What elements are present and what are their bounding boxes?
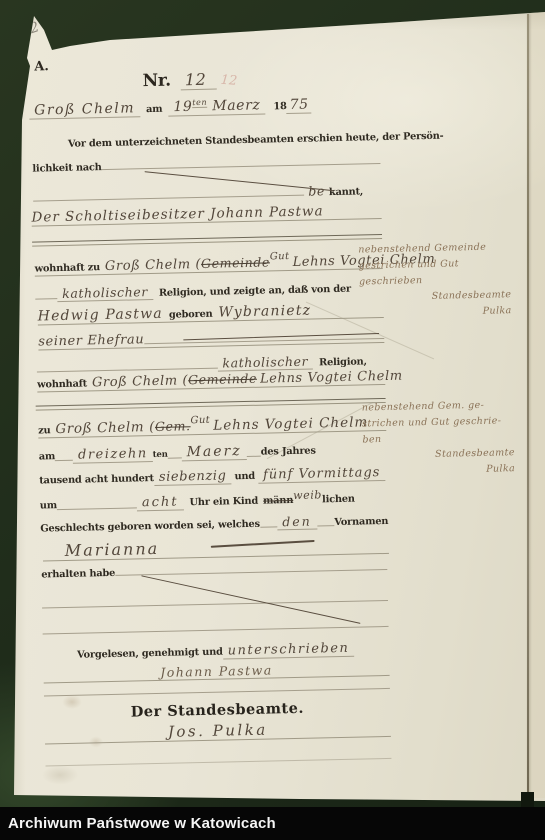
- blank-underline: [144, 338, 384, 344]
- erhalten-line: erhalten habe: [41, 562, 387, 581]
- am-label: am: [146, 103, 163, 114]
- child-name-line: Marianna: [43, 534, 389, 562]
- blank-underline: [115, 569, 387, 576]
- intro-line-2: lichkeit nach: [32, 156, 380, 175]
- child-name: Marianna: [65, 539, 160, 560]
- birth-year-line: tausend acht hundert siebenzig und fünf …: [39, 465, 383, 489]
- birth-hour-line: um acht Uhr ein Kind männ weib lichen: [40, 490, 386, 514]
- blank-line: [42, 600, 388, 609]
- blank-line: [45, 758, 391, 767]
- known-printed: kannt,: [329, 186, 363, 198]
- birth-place-line: zu Groß Chelm ( Gem. Gut Lehns Vogtei Ch…: [38, 414, 386, 439]
- archive-caption: Archiwum Państwowe w Katowicach: [8, 815, 276, 832]
- registrar-signature: Jos. Pulka: [168, 721, 268, 741]
- intro-line-1: Vor dem unterzeichneten Standesbeamten e…: [68, 131, 444, 150]
- blank-underline: [168, 457, 182, 458]
- section-rule: [36, 398, 386, 411]
- ink-stroke: [141, 575, 360, 624]
- blank-underline: [102, 163, 381, 170]
- known-line: be kannt,: [33, 182, 363, 204]
- blank-underline: [33, 195, 304, 202]
- register-page: 12 A. Nr. 12 12 Groß Chelm am 19ten Maer…: [0, 0, 545, 840]
- closing-line: Vorgelesen, genehmigt und unterschrieben: [77, 640, 377, 663]
- ink-offset-ghost-number: 12: [220, 73, 238, 89]
- blank-line: [44, 688, 390, 697]
- dateline-day: 19ten Maerz: [168, 97, 265, 117]
- archive-photo: 12 A. Nr. 12 12 Groß Chelm am 19ten Maer…: [0, 0, 545, 840]
- dateline: Groß Chelm am 19ten Maerz 18 75: [29, 95, 341, 119]
- mother-line: Hedwig Pastwa geboren Wybranietz: [38, 301, 384, 326]
- blank-underline: [260, 526, 278, 527]
- blank-underline: [55, 460, 73, 461]
- birth-date-line: am dreizehn ten Maerz des Jahres: [39, 440, 379, 464]
- dateline-place: Groß Chelm: [29, 100, 140, 119]
- residence-line-1: wohnhaft zu Groß Chelm ( Gemeinde Gut Le…: [34, 252, 382, 277]
- blank-underline: [317, 525, 335, 526]
- pencil-number: 12: [19, 19, 41, 40]
- section-letter: A.: [34, 59, 49, 74]
- registrar-signature-line: Jos. Pulka: [45, 718, 391, 745]
- declarant-line: Der Scholtiseibesitzer Johann Pastwa: [31, 202, 381, 227]
- blank-underline: [57, 507, 137, 510]
- year-suffix: 75: [286, 96, 311, 114]
- archive-caption-bar: Archiwum Państwowe w Katowicach: [0, 807, 545, 840]
- number-label: Nr.: [142, 71, 171, 92]
- record-number-line: Nr. 12 12: [142, 69, 237, 91]
- blank-underline: [247, 456, 261, 457]
- margin-note-2: nebenstehend Gem. ge- strichen und Gut g…: [362, 397, 532, 481]
- margin-note-1: nebenstehend Gemeinde gestrichen und Gut…: [358, 239, 528, 323]
- correction-above: Gut: [190, 415, 210, 426]
- correction-above: Gut: [270, 251, 290, 262]
- adjacent-page-edge: [529, 12, 545, 798]
- struck-sex-printed: männ: [263, 495, 293, 507]
- known-handwritten: be: [308, 183, 325, 198]
- year-prefix: 18: [273, 101, 286, 112]
- section-rule: [32, 234, 382, 247]
- blank-underline: [35, 298, 57, 299]
- given-name-intro-line: Geschlechts geboren worden sei, welches …: [40, 512, 388, 536]
- declarant-signature: Johann Pastwa: [160, 662, 273, 679]
- number-value: 12: [181, 70, 217, 91]
- sex-correction-handwritten: weib: [293, 488, 322, 502]
- declarant-signature-line: Johann Pastwa: [43, 660, 389, 684]
- blank-line: [43, 626, 389, 635]
- page-content: 12 A. Nr. 12 12 Groß Chelm am 19ten Maer…: [0, 0, 545, 840]
- religion-line-1: katholischer Religion, und zeigte an, da…: [35, 279, 383, 303]
